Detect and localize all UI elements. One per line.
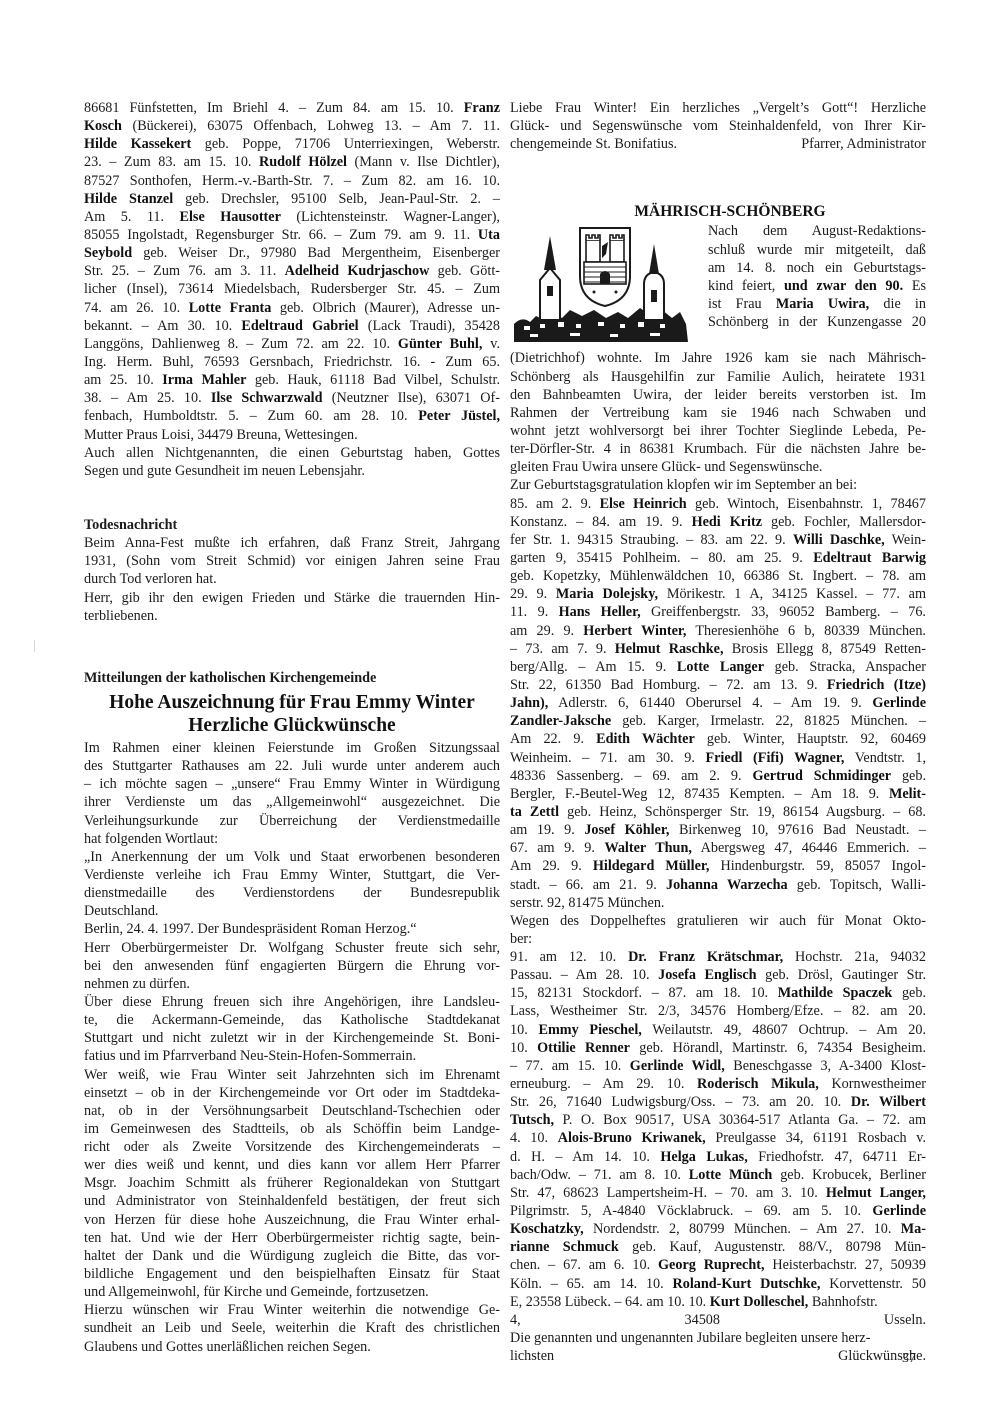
text-run: geb. (892, 985, 926, 1001)
text-line: 11. 9. Hans Heller, Greiffenbergstr. 33,… (510, 603, 926, 621)
text-run: Es (903, 278, 926, 294)
text-run: Birkenweg 10, 97616 Bad Neustadt. – (669, 822, 926, 838)
text-run: geb. Gött- (429, 263, 500, 279)
text-run: Langgöns, Dahlienweg 8. – Zum 72. am 22.… (84, 336, 398, 352)
text-run: geb. Kopetzky, Mühlenwäldchen 10, 66386 … (510, 568, 926, 584)
text-run: terbliebenen. (84, 608, 158, 624)
text-line: Verdienste verleihe ich Frau Emmy Winter… (84, 866, 500, 884)
text-line: am 29. 9. Herbert Winter, Theresienhöhe … (510, 622, 926, 640)
text-run: von Herzen für diese hohe Auszeichnung, … (84, 1212, 500, 1228)
text-run: geb. Olbrich (Maurer), Adresse un- (271, 300, 500, 316)
text-line: von Herzen für diese hohe Auszeichnung, … (84, 1211, 500, 1229)
text-line: ter-Dörfler-Str. 4 in 86381 Krumbach. Fü… (510, 440, 926, 458)
text-run: (Dietrichhof) wohnte. Im Jahre 1926 kam … (510, 350, 926, 366)
text-run: E, 23558 Lübeck. – 64. am 10. 10. (510, 1294, 710, 1310)
text-line: 4. 10. Alois-Bruno Kriwanek, Preulgasse … (510, 1129, 926, 1147)
text-line: 4, 34508 Usseln. (510, 1311, 926, 1329)
text-run: fer Str. 1. 94315 Straubing. – 83. am 22… (510, 532, 793, 548)
text-run: Pilgrimstr. 5, A-4840 Vöcklabruck. – 69.… (510, 1203, 872, 1219)
text-run: 85055 Ingolstadt, Regensburger Str. 66. … (84, 227, 478, 243)
spacer (84, 480, 500, 516)
text-line: Liebe Frau Winter! Ein herzliches „Verge… (510, 99, 926, 117)
text-line: ta Zettl geb. Heinz, Schönsperger Str. 1… (510, 803, 926, 821)
text-line: ber: (510, 930, 926, 948)
intro-with-image: Nach dem August-Redaktions-schluß wurde … (510, 222, 926, 349)
text-line: haltet der Dank und die Würdigung zuglei… (84, 1247, 500, 1265)
name-highlight: Emmy Pieschel, (538, 1022, 641, 1038)
text-line: nat, ob in der Versöhnungsarbeit Deutsch… (84, 1102, 500, 1120)
text-run: 87527 Sonthofen, Herm.-v.-Barth-Str. 7. … (84, 173, 500, 189)
text-run: (Neutzner Ilse), 63071 Of- (323, 390, 500, 406)
text-line: am 14. 8. noch ein Geburtstags- (708, 259, 926, 277)
text-run: Hindenburgstr. 59, 85057 Ingol- (709, 858, 926, 874)
text-run: Beim Anna-Fest mußte ich erfahren, daß F… (84, 535, 500, 551)
name-highlight: Maria Dolejsky, (556, 586, 658, 602)
text-line: Kosch (Bückerei), 63075 Offenbach, Lohwe… (84, 117, 500, 135)
text-run: Die genannten und ungenannten Jubilare b… (510, 1330, 870, 1346)
name-highlight: Hildegard Müller, (593, 858, 710, 874)
text-run: P. O. Box 90517, USA 30364-517 Atlanta G… (554, 1112, 926, 1128)
text-line: Auch allen Nichtgenannten, die einen Geb… (84, 444, 500, 462)
text-run: Preulgasse 34, 61191 Rosbach v. (706, 1130, 926, 1146)
text-line: ten hat. Und wie der Herr Oberbürgermeis… (84, 1229, 500, 1247)
text-line: Köln. – 65. am 14. 10. Roland-Kurt Dutsc… (510, 1275, 926, 1293)
text-run: Theresienhöhe 6 b, 80339 München. (686, 623, 926, 639)
text-run: gleiten Frau Uwira unsere Glück- und Seg… (510, 459, 822, 475)
text-line: ihrer Verdienste um das „Allgemeinwohl“ … (84, 793, 500, 811)
text-line: terbliebenen. (84, 607, 500, 625)
text-run: hat folgenden Wortlaut: (84, 831, 218, 847)
text-run: fatius und im Pfarrverband Neu-Stein-Hof… (84, 1048, 416, 1064)
text-run: nat, ob in der Versöhnungsarbeit Deutsch… (84, 1103, 500, 1119)
text-line: Nach dem August-Redaktions- (708, 222, 926, 240)
text-run: am 25. 10. (84, 372, 162, 388)
text-run: Deutschland. (84, 903, 158, 919)
text-line: Deutschland. (84, 902, 500, 920)
text-run: Liebe Frau Winter! Ein herzliches „Verge… (510, 100, 926, 116)
text-run: geb. Poppe, 71706 Unterriexingen, Webers… (191, 136, 500, 152)
text-line: Glaubens und Gottes unerläßlichen reiche… (84, 1338, 500, 1356)
name-highlight: Josefa Englisch (658, 967, 756, 983)
name-highlight: Georg Ruprecht, (658, 1257, 765, 1273)
text-line: bei den anwesenden fünf engagierten Bürg… (84, 957, 500, 975)
text-line: 38. – Am 25. 10. Ilse Schwarzwald (Neutz… (84, 389, 500, 407)
spacer (510, 153, 926, 202)
text-line: und Allgemeinwohl, für Kirche und Gemein… (84, 1283, 500, 1301)
text-run: – ich möchte sagen – „unsere“ Frau Emmy … (84, 776, 500, 792)
text-run: 4, 34508 Usseln. (510, 1312, 926, 1328)
name-highlight: Alois-Bruno Kriwanek, (558, 1130, 706, 1146)
text-line: bildliche Engagement und den beispielhaf… (84, 1265, 500, 1283)
text-run: berg/Allg. – Am 15. 9. (510, 659, 677, 675)
text-run: Vendtstr. 1, (844, 750, 926, 766)
text-line: Wegen des Doppelheftes gratulieren wir a… (510, 912, 926, 930)
text-line: Ing. Herm. Buhl, 76593 Gersnbach, Friedr… (84, 353, 500, 371)
text-line: ist Frau Maria Uwira, die in (708, 295, 926, 313)
text-line: licher (Insel), 73614 Miedelsbach, Ruder… (84, 280, 500, 298)
birthday-list-continued: 86681 Fünfstetten, Im Briehl 4. – Zum 84… (84, 99, 500, 480)
text-run: garten 9, 35415 Pohlheim. – 80. am 25. 9… (510, 550, 813, 566)
text-line: d. H. – Am 14. 10. Helga Lukas, Friedhof… (510, 1148, 926, 1166)
signoff-parish: chengemeinde St. Bonifatius. (510, 135, 677, 153)
text-run: im Gemeinwesen des Stadtteils, ob als Sc… (84, 1121, 500, 1137)
text-line: bach/Odw. – 71. am 8. 10. Lotte Münch ge… (510, 1166, 926, 1184)
name-highlight: Kurt Dolleschel, (710, 1294, 809, 1310)
text-line: 29. 9. Maria Dolejsky, Mörikestr. 1 A, 3… (510, 585, 926, 603)
text-line: rianne Schmuck geb. Kauf, Augustenstr. 8… (510, 1238, 926, 1256)
article-headline: Hohe Auszeichnung für Frau Emmy Winter (84, 691, 500, 714)
section-heading: Mitteilungen der katholischen Kirchengem… (84, 669, 500, 687)
text-run: Mutter Praus Loisi, 34479 Breuna, Wettes… (84, 427, 358, 443)
text-line: Bergler, F.-Beutel-Weg 12, 87435 Kempten… (510, 785, 926, 803)
text-run: Str. 25. – Zum 76. am 3. 11. (84, 263, 285, 279)
text-run: Wer weiß, wie Frau Winter seit Jahrzehnt… (84, 1067, 500, 1083)
text-line: Am 5. 11. Else Hausotter (Lichtensteinst… (84, 208, 500, 226)
name-highlight: Mathilde Spaczek (778, 985, 893, 1001)
name-highlight: Hilde Kassekert (84, 136, 191, 152)
text-line: und Administrator von Steinhaldenfeld be… (84, 1192, 500, 1210)
text-line: Konstanz. – 84. am 19. 9. Hedi Kritz geb… (510, 513, 926, 531)
name-highlight: Melit- (889, 786, 926, 802)
text-run: bildliche Engagement und den beispielhaf… (84, 1266, 500, 1282)
church-news-article: Mitteilungen der katholischen Kirchengem… (84, 669, 500, 1356)
text-run: Köln. – 65. am 14. 10. (510, 1276, 673, 1292)
text-line: fer Str. 1. 94315 Straubing. – 83. am 22… (510, 531, 926, 549)
name-highlight: Edith Wächter (596, 731, 695, 747)
text-run: fenbach, Humboldtstr. 5. – Zum 60. am 28… (84, 408, 418, 424)
name-highlight: Friedrich (Itze) (827, 677, 926, 693)
text-run: Korvettenstr. 50 (820, 1276, 926, 1292)
text-run: Greiffenbergstr. 33, 96052 Bamberg. – 76… (641, 604, 926, 620)
text-run: einsetzt – ob in der Kirchengemeinde vor… (84, 1085, 500, 1101)
text-run: Weinheim. – 71. am 30. 9. (510, 750, 705, 766)
text-run: Berlin, 24. 4. 1997. Der Bundespräsident… (84, 921, 417, 937)
text-line: Berlin, 24. 4. 1997. Der Bundespräsident… (84, 920, 500, 938)
text-line: Mutter Praus Loisi, 34479 Breuna, Wettes… (84, 426, 500, 444)
text-line: Seybold geb. Weiser Dr., 97980 Bad Merge… (84, 244, 500, 262)
text-run: Brosis Ellegg 8, 87549 Retten- (724, 641, 926, 657)
text-run: 10. (510, 1022, 538, 1038)
name-highlight: Hedi Kritz (692, 514, 762, 530)
text-run: Über diese Ehrung freuen sich ihre Angeh… (84, 994, 500, 1010)
text-line: 48336 Sassenberg. – 69. am 2. 9. Gertrud… (510, 767, 926, 785)
text-run: Schönberg in der Kunzengasse 20 (708, 314, 926, 330)
text-run: lichsten Glückwünsche. (510, 1348, 926, 1364)
text-run: v. (482, 336, 500, 352)
name-highlight: Lotte Franta (189, 300, 272, 316)
text-run: Am 29. 9. (510, 858, 593, 874)
text-run: und Administrator von Steinhaldenfeld be… (84, 1193, 500, 1209)
name-highlight: Else Heinrich (600, 496, 687, 512)
text-line: Zur Geburtstagsgratulation klopfen wir i… (510, 476, 926, 494)
text-run: dienstmedaille des Verdienstordens der B… (84, 885, 500, 901)
name-highlight: Adelheid Kudrjaschow (285, 263, 430, 279)
name-highlight: Günter Buhl, (398, 336, 482, 352)
text-line: stadt. – 66. am 21. 9. Johanna Warzecha … (510, 876, 926, 894)
name-highlight: rianne Schmuck (510, 1239, 619, 1255)
text-line: Str. 47, 68623 Lampertsheim-H. – 70. am … (510, 1184, 926, 1202)
text-run: geb. (891, 768, 926, 784)
text-line: durch Tod verloren hat. (84, 570, 500, 588)
text-line: Koschatzky, Nordendstr. 2, 80799 München… (510, 1220, 926, 1238)
name-highlight: Rudolf Hölzel (259, 154, 347, 170)
name-highlight: und zwar den 90. (784, 278, 903, 294)
text-line: Rahmen der Vertreibung kam sie 1946 nach… (510, 404, 926, 422)
name-highlight: Franz (464, 100, 500, 116)
text-run: Nach dem August-Redaktions- (708, 223, 926, 239)
text-run: Hierzu wünschen wir Frau Winter weiterhi… (84, 1302, 500, 1318)
text-run: d. H. – Am 14. 10. (510, 1149, 660, 1165)
text-line: – 77. am 15. 10. Gerlinde Widl, Beneschg… (510, 1057, 926, 1075)
text-line: Segen und gute Gesundheit im neuen Leben… (84, 462, 500, 480)
text-line: Über diese Ehrung freuen sich ihre Angeh… (84, 993, 500, 1011)
name-highlight: Koschatzky, (510, 1221, 584, 1237)
text-line: Schönberg als Hausgehilfin zur Familie A… (510, 368, 926, 386)
text-run: 67. am 9. 9. (510, 840, 604, 856)
name-highlight: Else Hausotter (180, 209, 281, 225)
text-run: schluß wurde mir mitgeteilt, daß (708, 242, 926, 258)
text-run: te, die Ackermann-Gemeinde, das Katholis… (84, 1012, 500, 1028)
text-run: 10. (510, 1040, 537, 1056)
name-highlight: Helmut Langer, (826, 1185, 926, 1201)
text-run: den Bahnbeamten Uwira, der leider bereit… (510, 387, 926, 403)
text-line: Lass, Westheimer Str. 2/3, 34576 Homberg… (510, 1002, 926, 1020)
coat-of-arms-town-skyline-icon (510, 224, 692, 344)
text-line: „In Anerkennung der um Volk und Staat er… (84, 848, 500, 866)
text-run: Bahnhofstr. (808, 1294, 877, 1310)
spacer (84, 625, 500, 669)
text-run: geb. Hörandl, Martinstr. 6, 74354 Besigh… (630, 1040, 926, 1056)
name-highlight: Lotte Münch (689, 1167, 773, 1183)
text-line: im Gemeinwesen des Stadtteils, ob als Sc… (84, 1120, 500, 1138)
text-line: des Stuttgarter Rathauses am 22. Juli wu… (84, 757, 500, 775)
text-run: bach/Odw. – 71. am 8. 10. (510, 1167, 689, 1183)
text-line: Str. 22, 61350 Bad Homburg. – 72. am 13.… (510, 676, 926, 694)
article-body: Im Rahmen einer kleinen Feierstunde im G… (84, 739, 500, 1356)
text-run: Herr Oberbürgermeister Dr. Wolfgang Schu… (84, 940, 500, 956)
text-run: geb. Wintoch, Eisenbahnstr. 1, 78467 (687, 496, 926, 512)
text-line: einsetzt – ob in der Kirchengemeinde vor… (84, 1084, 500, 1102)
text-run: ist Frau (708, 296, 776, 312)
text-run: geb. Fochler, Mallersdor- (762, 514, 926, 530)
scan-margin-mark (34, 640, 35, 652)
text-run: ber: (510, 931, 532, 947)
text-run: erneuburg. – Am 29. 10. (510, 1076, 697, 1092)
name-highlight: Ma- (901, 1221, 926, 1237)
text-run: Beneschgasse 3, A-3400 Klost- (725, 1058, 926, 1074)
text-line: richt oder als Zweite Vorsitzende des Ki… (84, 1138, 500, 1156)
section-title-maehrisch-schoenberg: MÄHRISCH-SCHÖNBERG (534, 202, 926, 222)
text-run: (Mann v. Ilse Dichtler), (347, 154, 500, 170)
text-line: Glück- und Segenswünsche vom Steinhalden… (510, 117, 926, 135)
text-line: 10. Emmy Pieschel, Weilautstr. 49, 48607… (510, 1021, 926, 1039)
text-line: fenbach, Humboldtstr. 5. – Zum 60. am 28… (84, 407, 500, 425)
intro-wrapped-text: Nach dem August-Redaktions-schluß wurde … (708, 222, 926, 331)
name-highlight: Herbert Winter, (583, 623, 686, 639)
text-run: Herr, gib ihr den ewigen Frieden und Stä… (84, 590, 500, 606)
name-highlight: Peter Jüstel, (418, 408, 500, 424)
text-line: wer dies weiß und kennt, und dies kann v… (84, 1156, 500, 1174)
text-run: Wein- (885, 532, 926, 548)
text-run: bekannt. – Am 30. 10. (84, 318, 241, 334)
text-run: geb. Drösl, Gautinger Str. (757, 967, 926, 983)
article-subheadline: Herzliche Glückwünsche (84, 714, 500, 737)
text-run: geb. Karger, Irmelastr. 22, 81825 Münche… (611, 713, 926, 729)
text-line: nehmen zu dürfen. (84, 975, 500, 993)
text-run: Rahmen der Vertreibung kam sie 1946 nach… (510, 405, 926, 421)
name-highlight: Gerlinde (872, 1203, 926, 1219)
name-highlight: Dr. Wilbert (851, 1094, 926, 1110)
text-run: Am 22. 9. (510, 731, 596, 747)
text-line: 85055 Ingolstadt, Regensburger Str. 66. … (84, 226, 500, 244)
text-run: geb. Winter, Hauptstr. 92, 60469 (695, 731, 926, 747)
text-line: 87527 Sonthofen, Herm.-v.-Barth-Str. 7. … (84, 172, 500, 190)
text-line: chen. – 67. am 6. 10. Georg Ruprecht, He… (510, 1256, 926, 1274)
text-run: Hochstr. 21a, 94032 (783, 949, 926, 965)
text-line: Pilgrimstr. 5, A-4840 Vöcklabruck. – 69.… (510, 1202, 926, 1220)
text-line: garten 9, 35415 Pohlheim. – 80. am 25. 9… (510, 549, 926, 567)
name-highlight: Gertrud Schmidinger (752, 768, 891, 784)
text-run: geb. Weiser Dr., 97980 Bad Mergentheim, … (132, 245, 500, 261)
death-notice: Todesnachricht Beim Anna-Fest mußte ich … (84, 516, 500, 625)
name-highlight: Edeltraut Barwig (813, 550, 926, 566)
text-run: 1931, (Sohn vom Streit Schmid) vor einig… (84, 553, 500, 569)
text-line: 74. am 26. 10. Lotte Franta geb. Olbrich… (84, 299, 500, 317)
text-line: Langgöns, Dahlienweg 8. – Zum 72. am 22.… (84, 335, 500, 353)
text-run: Auch allen Nichtgenannten, die einen Geb… (84, 445, 500, 461)
name-highlight: Josef Köhler, (584, 822, 669, 838)
text-line: 86681 Fünfstetten, Im Briehl 4. – Zum 84… (84, 99, 500, 117)
text-run: ten hat. Und wie der Herr Oberbürgermeis… (84, 1230, 500, 1246)
text-run: 91. am 12. 10. (510, 949, 628, 965)
text-line: 10. Ottilie Renner geb. Hörandl, Martins… (510, 1039, 926, 1057)
text-line: 23. – Zum 83. am 15. 10. Rudolf Hölzel (… (84, 153, 500, 171)
name-highlight: Gerlinde (872, 695, 926, 711)
text-run: die in (869, 296, 926, 312)
text-line: Str. 25. – Zum 76. am 3. 11. Adelheid Ku… (84, 262, 500, 280)
text-run: Str. 22, 61350 Bad Homburg. – 72. am 13.… (510, 677, 827, 693)
text-line: E, 23558 Lübeck. – 64. am 10. 10. Kurt D… (510, 1293, 926, 1311)
text-line: am 25. 10. Irma Mahler geb. Hauk, 61118 … (84, 371, 500, 389)
death-notice-body: Beim Anna-Fest mußte ich erfahren, daß F… (84, 534, 500, 625)
text-line: Herr, gib ihr den ewigen Frieden und Stä… (84, 589, 500, 607)
text-run: wohnt jetzt wohlversorgt bei ihrer Tocht… (510, 423, 926, 439)
text-run: geb. Drechsler, 95100 Selb, Jean-Paul-St… (173, 191, 500, 207)
article-signoff: chengemeinde St. Bonifatius. Pfarrer, Ad… (510, 135, 926, 153)
name-highlight: Seybold (84, 245, 132, 261)
text-run: Verdienste verleihe ich Frau Emmy Winter… (84, 867, 500, 883)
text-run: Wegen des Doppelheftes gratulieren wir a… (510, 913, 926, 929)
text-run: durch Tod verloren hat. (84, 571, 217, 587)
text-run: Glück- und Segenswünsche vom Steinhalden… (510, 118, 926, 134)
name-highlight: Maria Uwira, (776, 296, 869, 312)
text-run: Str. 47, 68623 Lampertsheim-H. – 70. am … (510, 1185, 826, 1201)
name-highlight: Tutsch, (510, 1112, 554, 1128)
text-run: geb. Krobucek, Berliner (772, 1167, 926, 1183)
text-line: am 19. 9. Josef Köhler, Birkenweg 10, 97… (510, 821, 926, 839)
text-run: serstr. 92, 81475 München. (510, 895, 664, 911)
text-line: Msgr. Joachim Schmitt als früherer Regio… (84, 1174, 500, 1192)
article-closing: Liebe Frau Winter! Ein herzliches „Verge… (510, 99, 926, 135)
birthday-list-september-october: (Dietrichhof) wohnte. Im Jahre 1926 kam … (510, 349, 926, 1365)
text-run: 86681 Fünfstetten, Im Briehl 4. – Zum 84… (84, 100, 464, 116)
text-run: Zur Geburtstagsgratulation klopfen wir i… (510, 477, 857, 493)
text-line: Verleihungsurkunde zur Überreichung der … (84, 812, 500, 830)
text-line: geb. Kopetzky, Mühlenwäldchen 10, 66386 … (510, 567, 926, 585)
text-run: Im Rahmen einer kleinen Feierstunde im G… (84, 740, 500, 756)
name-highlight: Hans Heller, (559, 604, 641, 620)
text-line: 15, 82131 Stockdorf. – 87. am 18. 10. Ma… (510, 984, 926, 1002)
text-run: bei den anwesenden fünf engagierten Bürg… (84, 958, 500, 974)
text-run: 15, 82131 Stockdorf. – 87. am 18. 10. (510, 985, 778, 1001)
text-run: ter-Dörfler-Str. 4 in 86381 Krumbach. Fü… (510, 441, 926, 457)
text-run: geb. Kauf, Augustenstr. 88/V., 80798 Mün… (619, 1239, 926, 1255)
name-highlight: Hilde Stanzel (84, 191, 173, 207)
text-run: Schönberg als Hausgehilfin zur Familie A… (510, 369, 926, 385)
text-line: serstr. 92, 81475 München. (510, 894, 926, 912)
text-run: am 14. 8. noch ein Geburtstags- (708, 260, 926, 276)
text-run: 48336 Sassenberg. – 69. am 2. 9. (510, 768, 752, 784)
text-line: Tutsch, P. O. Box 90517, USA 30364-517 A… (510, 1111, 926, 1129)
text-run: (Lichtensteinstr. Wagner-Langer), (281, 209, 500, 225)
text-line: schluß wurde mir mitgeteilt, daß (708, 241, 926, 259)
name-highlight: Johanna Warzecha (666, 877, 788, 893)
name-highlight: Jahn), (510, 695, 548, 711)
text-run: Msgr. Joachim Schmitt als früherer Regio… (84, 1175, 500, 1191)
text-run: 23. – Zum 83. am 15. 10. (84, 154, 259, 170)
name-highlight: Edeltraud Gabriel (241, 318, 358, 334)
text-line: Jahn), Adlerstr. 6, 61440 Oberursel 4. –… (510, 694, 926, 712)
text-run: am 19. 9. (510, 822, 584, 838)
text-line: – ich möchte sagen – „unsere“ Frau Emmy … (84, 775, 500, 793)
text-line: (Dietrichhof) wohnte. Im Jahre 1926 kam … (510, 349, 926, 367)
name-highlight: Helga Lukas, (660, 1149, 747, 1165)
text-line: den Bahnbeamten Uwira, der leider bereit… (510, 386, 926, 404)
text-run: sundheit an Leib und Seele, weiterhin di… (84, 1320, 500, 1336)
name-highlight: Willi Daschke, (793, 532, 885, 548)
text-run: geb. Hauk, 61118 Bad Vilbel, Schulstr. (246, 372, 500, 388)
name-highlight: ta Zettl (510, 804, 559, 820)
text-line: wohnt jetzt wohlversorgt bei ihrer Tocht… (510, 422, 926, 440)
text-run: Lass, Westheimer Str. 2/3, 34576 Homberg… (510, 1003, 926, 1019)
text-run: 11. 9. (510, 604, 559, 620)
text-line: Stuttgart und nicht zuletzt wir in der K… (84, 1029, 500, 1047)
text-line: Weinheim. – 71. am 30. 9. Friedl (Fifi) … (510, 749, 926, 767)
name-highlight: Uta (478, 227, 500, 243)
text-run: kind feiert, (708, 278, 784, 294)
text-run: Passau. – Am 28. 10. (510, 967, 658, 983)
text-line: hat folgenden Wortlaut: (84, 830, 500, 848)
text-line: Hilde Stanzel geb. Drechsler, 95100 Selb… (84, 190, 500, 208)
text-run: Glaubens und Gottes unerläßlichen reiche… (84, 1339, 371, 1355)
text-run: (Bückerei), 63075 Offenbach, Lohweg 13. … (122, 118, 500, 134)
text-line: sundheit an Leib und Seele, weiterhin di… (84, 1319, 500, 1337)
text-line: bekannt. – Am 30. 10. Edeltraud Gabriel … (84, 317, 500, 335)
text-line: Passau. – Am 28. 10. Josefa Englisch geb… (510, 966, 926, 984)
text-line: berg/Allg. – Am 15. 9. Lotte Langer geb.… (510, 658, 926, 676)
text-run: Bergler, F.-Beutel-Weg 12, 87435 Kempten… (510, 786, 889, 802)
name-highlight: Dr. Franz Krätschmar, (628, 949, 783, 965)
text-run: chen. – 67. am 6. 10. (510, 1257, 658, 1273)
text-line: Am 22. 9. Edith Wächter geb. Winter, Hau… (510, 730, 926, 748)
name-highlight: Zandler-Jaksche (510, 713, 611, 729)
text-line: te, die Ackermann-Gemeinde, das Katholis… (84, 1011, 500, 1029)
text-run: geb. Topitsch, Walli- (788, 877, 926, 893)
right-column: Liebe Frau Winter! Ein herzliches „Verge… (510, 99, 926, 1365)
signoff-author: Pfarrer, Administrator (801, 135, 926, 153)
text-run: Adlerstr. 6, 61440 Oberursel 4. – Am 19.… (548, 695, 872, 711)
text-run: Verleihungsurkunde zur Überreichung der … (84, 813, 500, 829)
